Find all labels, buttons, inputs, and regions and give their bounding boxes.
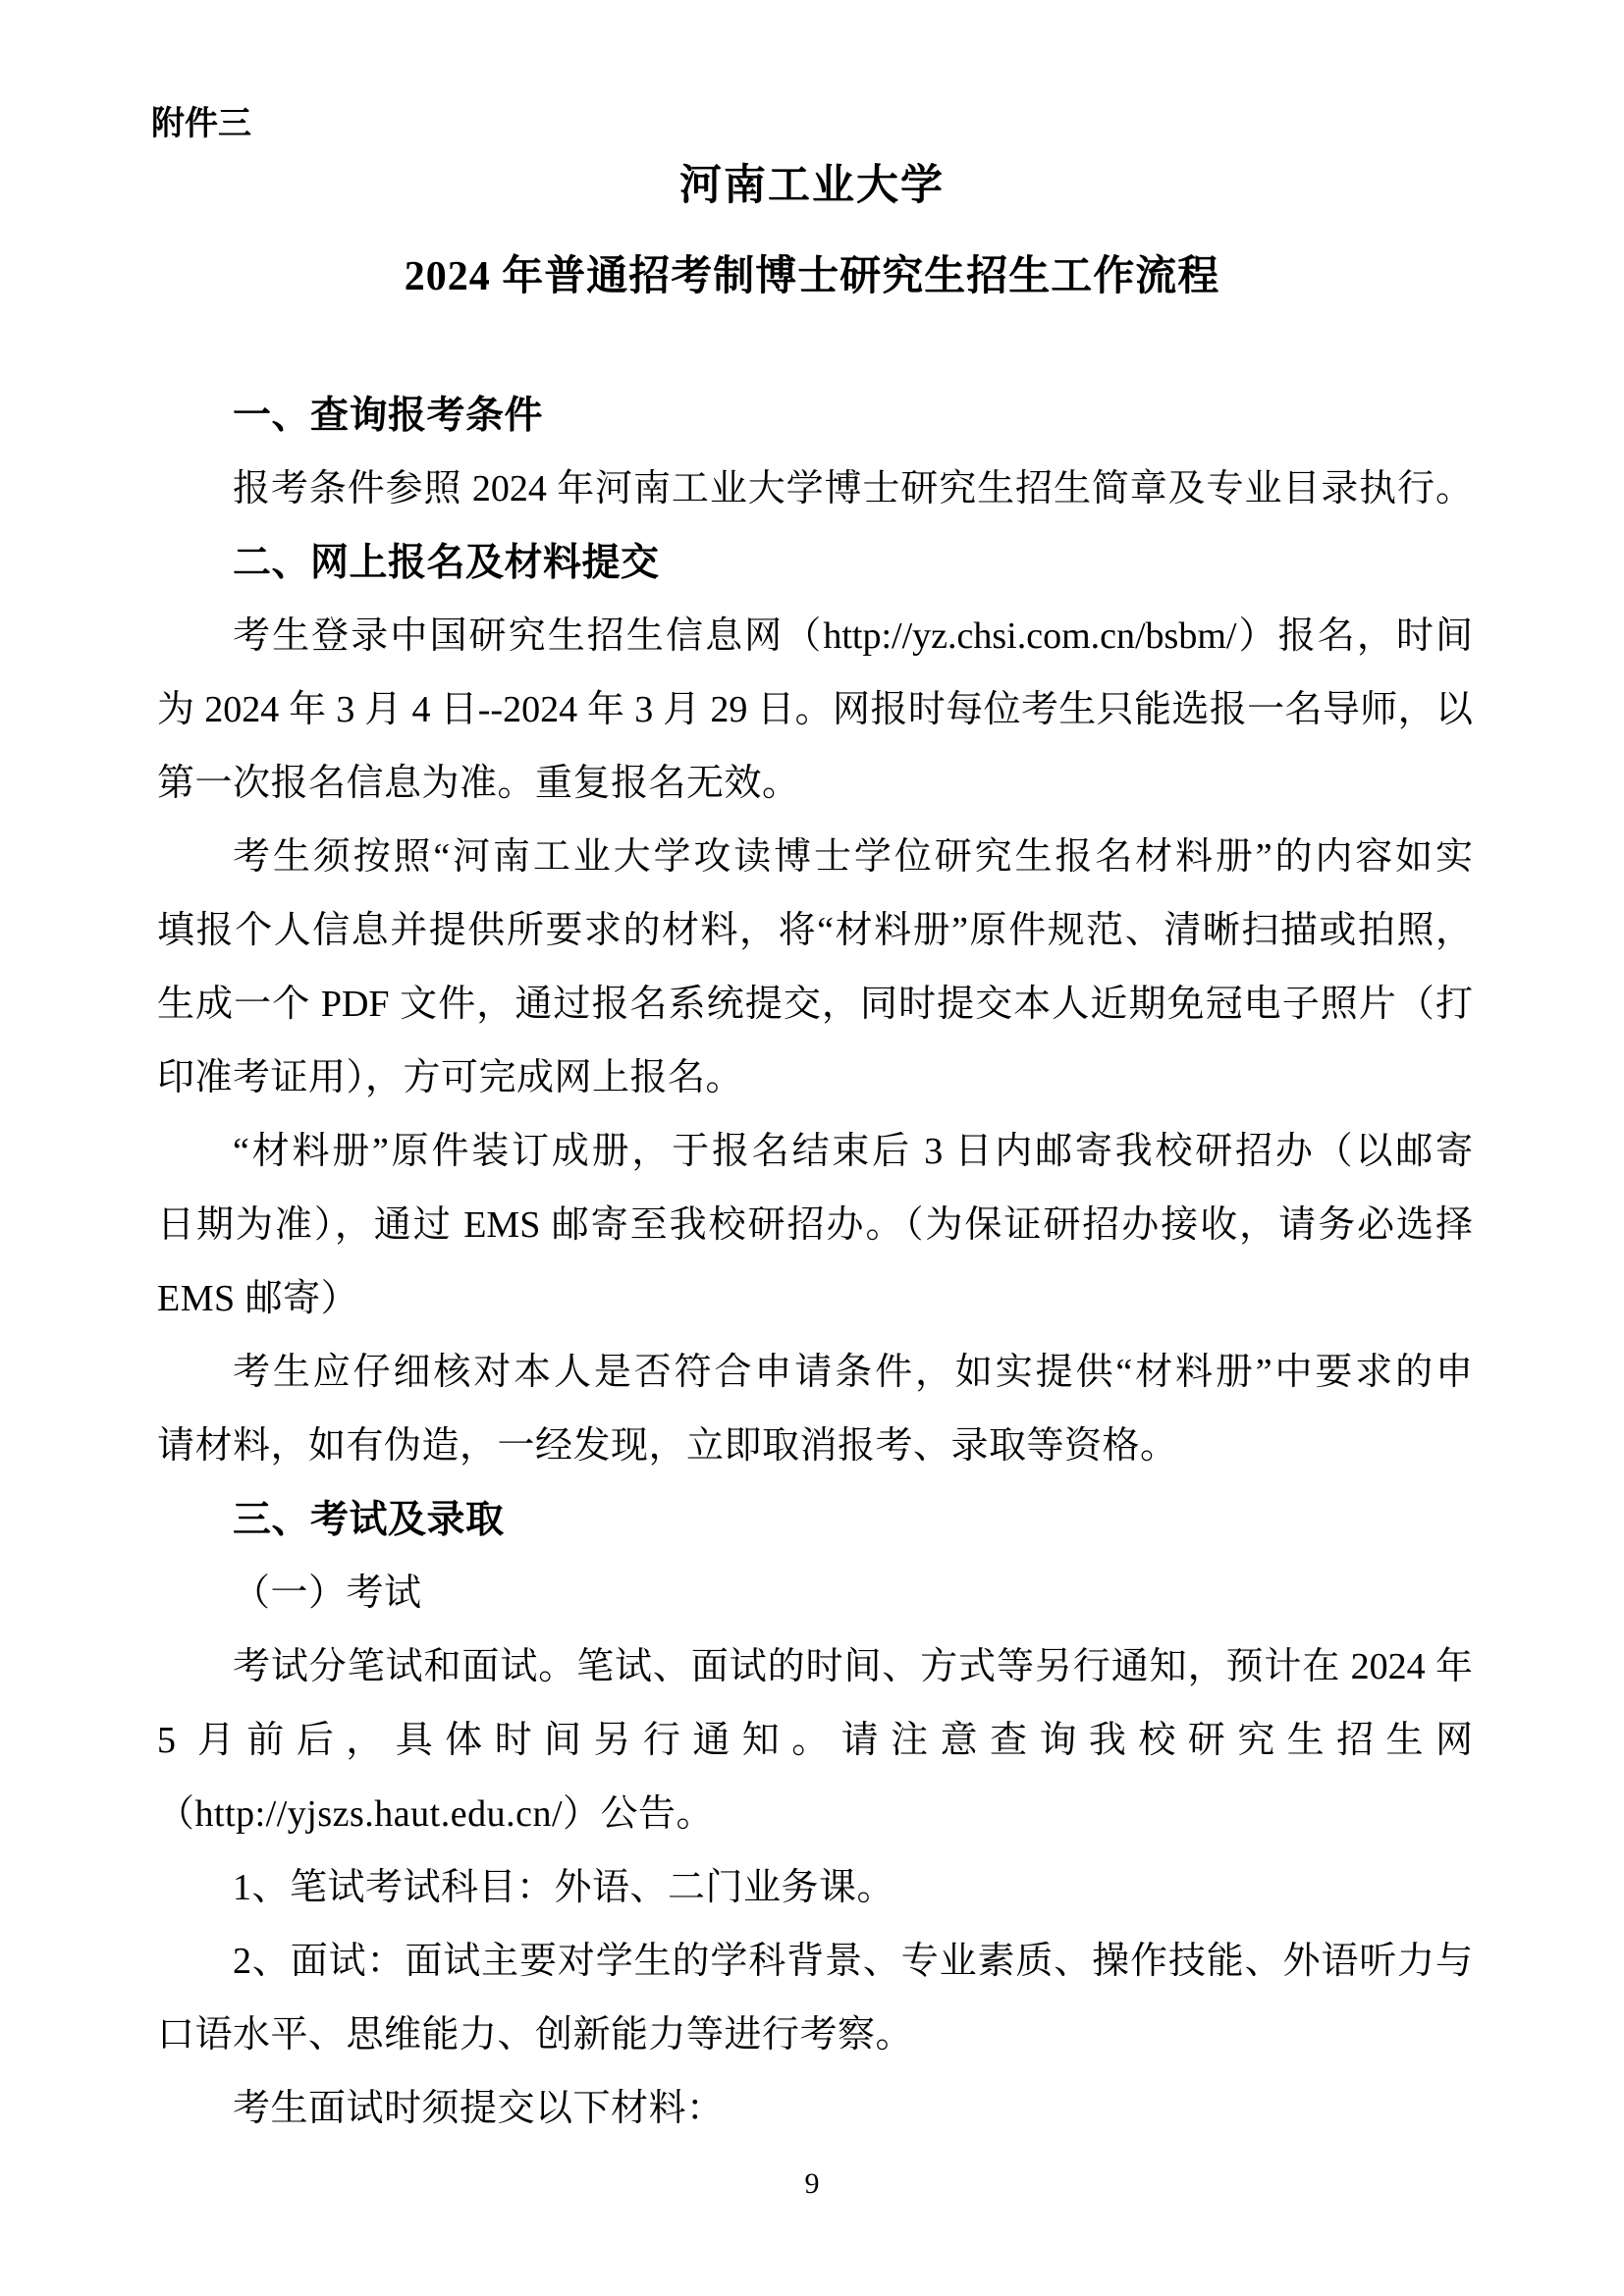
section-heading-3: 三、考试及录取 [157, 1483, 1473, 1557]
body-line: 考生须按照“河南工业大学攻读博士学位研究生报名材料册”的内容如实 [157, 821, 1473, 894]
document-title: 河南工业大学 [0, 161, 1624, 212]
body-line: 考生应仔细核对本人是否符合申请条件，如实提供“材料册”中要求的申 [157, 1336, 1473, 1410]
body-line: EMS 邮寄） [157, 1262, 1473, 1336]
body-line: 生成一个 PDF 文件，通过报名系统提交，同时提交本人近期免冠电子照片（打 [157, 968, 1473, 1041]
section-heading-2: 二、网上报名及材料提交 [157, 526, 1473, 600]
document-subtitle: 2024 年普通招考制博士研究生招生工作流程 [0, 251, 1624, 302]
body-line: 日期为准），通过 EMS 邮寄至我校研招办。（为保证研招办接收，请务必选择 [157, 1189, 1473, 1262]
body-line: 考试分笔试和面试。笔试、面试的时间、方式等另行通知，预计在 2024 年 [157, 1630, 1473, 1704]
attachment-label: 附件三 [151, 102, 251, 145]
body-line: 报考条件参照 2024 年河南工业大学博士研究生招生简章及专业目录执行。 [157, 453, 1473, 526]
document-body: 一、查询报考条件 报考条件参照 2024 年河南工业大学博士研究生招生简章及专业… [157, 379, 1473, 2146]
body-line: 考生登录中国研究生招生信息网（http://yz.chsi.com.cn/bsb… [157, 600, 1473, 673]
body-line: 考生面试时须提交以下材料： [157, 2072, 1473, 2146]
body-line: 为 2024 年 3 月 4 日--2024 年 3 月 29 日。网报时每位考… [157, 673, 1473, 747]
body-line: 口语水平、思维能力、创新能力等进行考察。 [157, 1999, 1473, 2072]
body-line: （http://yjszs.haut.edu.cn/）公告。 [157, 1778, 1473, 1851]
body-line: 印准考证用），方可完成网上报名。 [157, 1041, 1473, 1115]
section-heading-1: 一、查询报考条件 [157, 379, 1473, 453]
body-line: 第一次报名信息为准。重复报名无效。 [157, 747, 1473, 821]
document-page: 附件三 河南工业大学 2024 年普通招考制博士研究生招生工作流程 一、查询报考… [0, 0, 1624, 2296]
body-line: 填报个人信息并提供所要求的材料，将“材料册”原件规范、清晰扫描或拍照， [157, 894, 1473, 968]
sub-heading: （一）考试 [157, 1557, 1473, 1630]
list-item-2: 2、面试：面试主要对学生的学科背景、专业素质、操作技能、外语听力与 [157, 1925, 1473, 1999]
page-number: 9 [0, 2164, 1624, 2204]
body-line: 请材料，如有伪造，一经发现，立即取消报考、录取等资格。 [157, 1410, 1473, 1483]
list-item-1: 1、笔试考试科目：外语、二门业务课。 [157, 1851, 1473, 1925]
body-line: “材料册”原件装订成册，于报名结束后 3 日内邮寄我校研招办（以邮寄 [157, 1115, 1473, 1189]
body-line: 5 月前后，具体时间另行通知。请注意查询我校研究生招生网 [157, 1704, 1473, 1778]
